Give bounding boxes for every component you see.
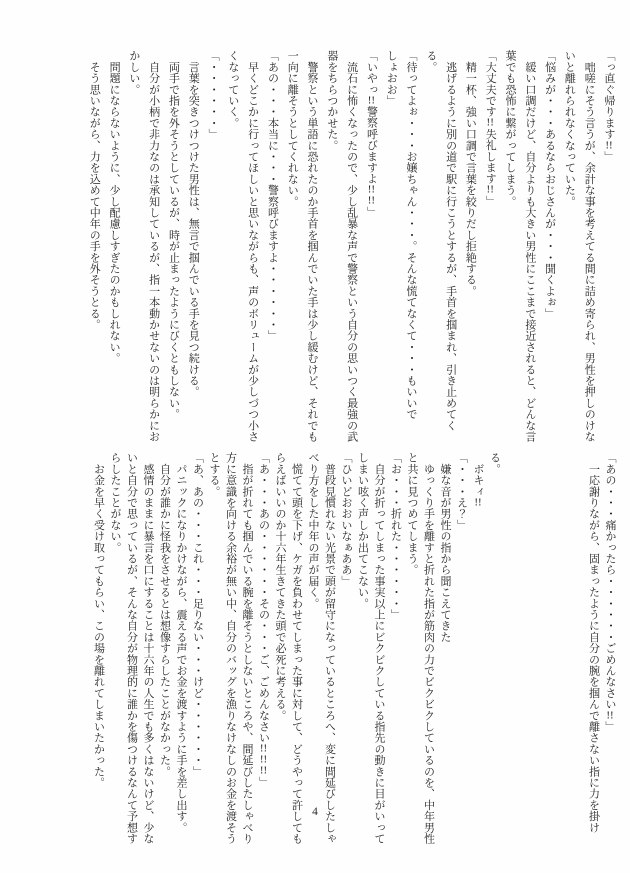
- text-column: 「あ・・・あの・・・・・・その・・・ご、ごめんなさい!!!!!!」: [255, 452, 272, 844]
- text-column: 嫌な音が男性の指から聞こえてきた: [437, 452, 454, 844]
- text-column: 感情のままに暴言を口にすることは十六年の人生でも多くはないけど、少な: [140, 452, 157, 844]
- text-column: 「・・・え？」: [453, 452, 470, 844]
- text-column: お金を早く受け取ってもらい、この場を離れてしまいたかった。: [90, 452, 107, 844]
- text-column: ゆっくり手を離すと折れた指が筋肉の力でビクビクしているのを、中年男性: [420, 452, 437, 844]
- text-column: 指が折れても掴んでいる腕を離そうとしないところや、間延びしたしゃべり: [239, 452, 256, 844]
- exclamation-pair: !!: [484, 117, 496, 128]
- text-column: 「っ直ぐ帰ります!!」: [598, 50, 618, 442]
- text-column: 「あの・・・痛かったら・・・・・・ごめんなさい!!」: [602, 452, 619, 844]
- text-column: 慌てて頭を下げ、ケガを負わせてしまった事に対して、どうやって許しても: [288, 452, 305, 844]
- text-column: かしい。: [123, 50, 143, 442]
- exclamation-pair: !!: [484, 184, 496, 195]
- text-column: 自分が折ってしまった事実以上にビクビクしている指先の動きに目がいって: [371, 452, 388, 844]
- text-column: 「あの・・・本当に・・・警察呼びますよ・・・・・・」: [262, 50, 282, 442]
- exclamation-pair: !!: [604, 710, 616, 721]
- text-column: る。: [486, 452, 503, 844]
- text-column: とする。: [206, 452, 223, 844]
- page-number: 4: [0, 806, 630, 818]
- text-column: 方に意識を向ける余裕が無い中、自分のバッグを漁りなけなしのお金を渡そう: [222, 452, 239, 844]
- text-column: べり方をした中年の声が届く。: [305, 452, 322, 844]
- exclamation-pair: !!: [365, 95, 377, 106]
- text-column: 一応謝りながら、固まったように自分の腕を掴んで離さない指に力を掛け: [585, 452, 602, 844]
- novel-page: 「っ直ぐ帰ります!!」 咄嗟にそう言うが、余計な事を考えてる間に詰め寄られ、男性…: [0, 0, 630, 873]
- exclamation-pair: !!: [603, 140, 615, 151]
- text-column: 咄嗟にそう言うが、余計な事を考えてる間に詰め寄られ、男性を押しのけな: [578, 50, 598, 442]
- text-column: 流石に怖くなったので、少し乱暴な声で警察という自分の思いつく最強の武: [341, 50, 361, 442]
- text-column: 緩い口調だけど、自分よりも大きい男性にここまで接近されると、どんな言: [519, 50, 539, 442]
- text-column: いと離れられなくなっていた。: [559, 50, 579, 442]
- text-column: 「大丈夫です!!失礼します!!」: [479, 50, 499, 442]
- blank-line: [569, 452, 586, 844]
- text-column: 「ひいどおおいなぁああ」: [338, 452, 355, 844]
- text-column: ボキィ!!: [470, 452, 487, 844]
- text-column: 「いやっ!!警察呼びますよ!!!!」: [361, 50, 381, 442]
- text-column: 言葉を突きつけつけた男性は、無言で掴んでいる手を見つ続ける。: [182, 50, 202, 442]
- text-column: 「悩みが・・・あるならおじさんが・・・聞くよぉ」: [539, 50, 559, 442]
- text-column: 葉でも恐怖に繋がってしまう。: [499, 50, 519, 442]
- text-column: と共に見つめてしまう。: [404, 452, 421, 844]
- blank-line: [552, 452, 569, 844]
- blank-line: [536, 452, 553, 844]
- blank-line: [519, 452, 536, 844]
- text-column: しまい呟く声しか出てこない。: [354, 452, 371, 844]
- text-column: らしたことがない。: [107, 452, 124, 844]
- text-column: 「待ってよぉ・・・お嬢ちゃん・・・。そんな慌てなくて・・・もいいで: [400, 50, 420, 442]
- exclamation-pair: !!: [365, 184, 377, 195]
- text-column: 逃げるように別の道で駅に行こうとするが、手首を掴まれ、引き止めてく: [440, 50, 460, 442]
- text-band-bottom: 「あの・・・痛かったら・・・・・・ごめんなさい!!」 一応謝りながら、固まったよ…: [90, 452, 618, 844]
- text-column: らえばいいのか十六年生きてきた頭で必死に考える。: [272, 452, 289, 844]
- exclamation-pair: !!: [258, 743, 270, 754]
- exclamation-pair: !!: [258, 754, 270, 765]
- text-column: 器をちらつかせた。: [321, 50, 341, 442]
- text-column: しょおお」: [380, 50, 400, 442]
- text-column: る。: [420, 50, 440, 442]
- text-column: パニックになりかけながら、震える声でお金を渡すように手を差し出す。: [173, 452, 190, 844]
- text-column: 両手で指を外そうとしているが、時が止まったようにびくともしない。: [163, 50, 183, 442]
- text-column: 一向に離そうとしてくれない。: [281, 50, 301, 442]
- text-column: 「・・・・・・」: [202, 50, 222, 442]
- text-column: 精一杯、強い口調で言葉を絞りだし拒絶する。: [460, 50, 480, 442]
- exclamation-pair: !!: [365, 195, 377, 206]
- text-column: 自分が誰かに怪我をさせるとは想像すらしたことがなかった。: [156, 452, 173, 844]
- exclamation-pair: !!: [472, 497, 484, 508]
- blank-line: [503, 452, 520, 844]
- text-column: 自分が小柄で非力なのは承知しているが、指一本動かせないのは明らかにお: [143, 50, 163, 442]
- text-column: くなっていく。: [222, 50, 242, 442]
- text-column: 問題にならないように、少し配慮しすぎたのかもしれない。: [103, 50, 123, 442]
- text-column: そう思いながら、力を込めて中年の手を外そうとる。: [83, 50, 103, 442]
- text-column: いと自分で思っているが、そんな自分が物理的に誰かを傷つけるなんて予想す: [123, 452, 140, 844]
- text-column: 普段見慣れない光景で頭が留守になっているところへ、変に間延びしたしゃ: [321, 452, 338, 844]
- text-column: 警察という単語に恐れたのか手首を掴んでいた手は少し緩むけど、それでも: [301, 50, 321, 442]
- text-column: 「お・・・折れた・・・・・・」: [387, 452, 404, 844]
- text-band-top: 「っ直ぐ帰ります!!」 咄嗟にそう言うが、余計な事を考えてる間に詰め寄られ、男性…: [83, 50, 618, 442]
- exclamation-pair: !!: [258, 765, 270, 776]
- text-column: 早くどこかに行ってほしいと思いながらも、声のボリュームが少しづつ小さ: [242, 50, 262, 442]
- text-column: 「あ、あの・・・これ・・・足りない・・・けど・・・・・・」: [189, 452, 206, 844]
